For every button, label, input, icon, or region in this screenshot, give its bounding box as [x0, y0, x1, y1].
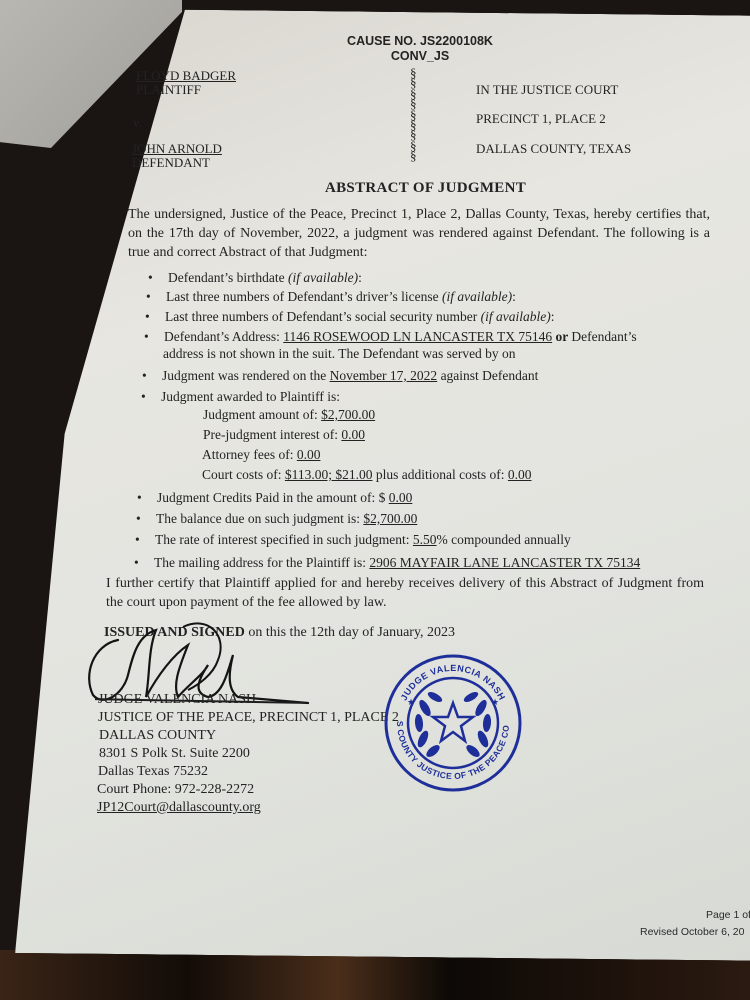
cause-number: CAUSE NO. JS2200108K	[345, 34, 495, 49]
judgment-date: November 17, 2022	[330, 368, 438, 383]
item-interest-rate: The rate of interest specified in such j…	[155, 530, 571, 549]
court-phone: Court Phone: 972-228-2272	[97, 781, 254, 799]
abstract-of-judgment-document: CAUSE NO. JS2200108K CONV_JS FLOYD BADGE…	[0, 0, 750, 1000]
court-street-address: 8301 S Polk St. Suite 2200	[99, 745, 250, 763]
court-city: Dallas Texas 75232	[98, 763, 208, 781]
prejudgment-interest: Pre-judgment interest of: 0.00	[203, 427, 365, 443]
item-credits-paid: Judgment Credits Paid in the amount of: …	[157, 488, 412, 507]
seal-star-icon	[433, 703, 473, 741]
plaintiff-label: PLAINTIFF	[136, 83, 201, 97]
versus: v.	[133, 116, 142, 130]
item-judgment-rendered: Judgment was rendered on the November 17…	[162, 366, 538, 385]
plaintiff-name: FLOYD BADGER	[136, 69, 236, 83]
judgment-amount: Judgment amount of: $2,700.00	[203, 407, 375, 423]
item-balance-due: The balance due on such judgment is: $2,…	[156, 509, 417, 528]
judge-county: DALLAS COUNTY	[99, 727, 216, 745]
item-judgment-awarded: Judgment awarded to Plaintiff is:	[161, 387, 340, 406]
judge-title: JUSTICE OF THE PEACE, PRECINCT 1, PLACE …	[98, 709, 399, 727]
document-title: ABSTRACT OF JUDGMENT	[325, 180, 526, 197]
court-seal: JUDGE VALENCIA NASH DALLAS COUNTY JUSTIC…	[383, 653, 523, 793]
court-costs: Court costs of: $113.00; $21.00 plus add…	[202, 467, 532, 483]
revised-date: Revised October 6, 20	[640, 926, 744, 938]
item-plaintiff-mailing-address: The mailing address for the Plaintiff is…	[154, 553, 640, 572]
item-address-continued: address is not shown in the suit. The De…	[163, 346, 516, 362]
item-ssn: Last three numbers of Defendant’s social…	[165, 307, 555, 326]
attorney-fees: Attorney fees of: 0.00	[202, 447, 320, 463]
section-symbol-column: § § § § § § § § §	[410, 68, 422, 162]
seal-star-left-icon: ★	[407, 697, 415, 707]
seal-star-right-icon: ★	[491, 697, 499, 707]
defendant-label: DEFENDANT	[132, 156, 210, 170]
court-precinct: PRECINCT 1, PLACE 2	[476, 111, 606, 127]
defendant-name: JOHN ARNOLD	[132, 142, 222, 156]
court-email-link[interactable]: JP12Court@dallascounty.org	[97, 799, 261, 817]
cause-header: CAUSE NO. JS2200108K CONV_JS	[345, 34, 495, 64]
item-drivers-license: Last three numbers of Defendant’s driver…	[166, 287, 516, 306]
intro-paragraph: The undersigned, Justice of the Peace, P…	[128, 205, 710, 262]
certify-paragraph: I further certify that Plaintiff applied…	[106, 574, 704, 612]
case-type: CONV_JS	[345, 49, 495, 64]
judge-name: JUDGE VALENCIA NASH	[98, 691, 256, 709]
page-number: Page 1 of	[706, 909, 750, 921]
defendant-address-value: 1146 ROSEWOOD LN LANCASTER TX 75146	[283, 329, 552, 344]
item-birthdate: Defendant’s birthdate (if available):	[168, 268, 362, 287]
item-defendant-address: Defendant’s Address: 1146 ROSEWOOD LN LA…	[164, 327, 637, 346]
court-name: IN THE JUSTICE COURT	[476, 82, 618, 98]
court-county: DALLAS COUNTY, TEXAS	[476, 141, 631, 157]
